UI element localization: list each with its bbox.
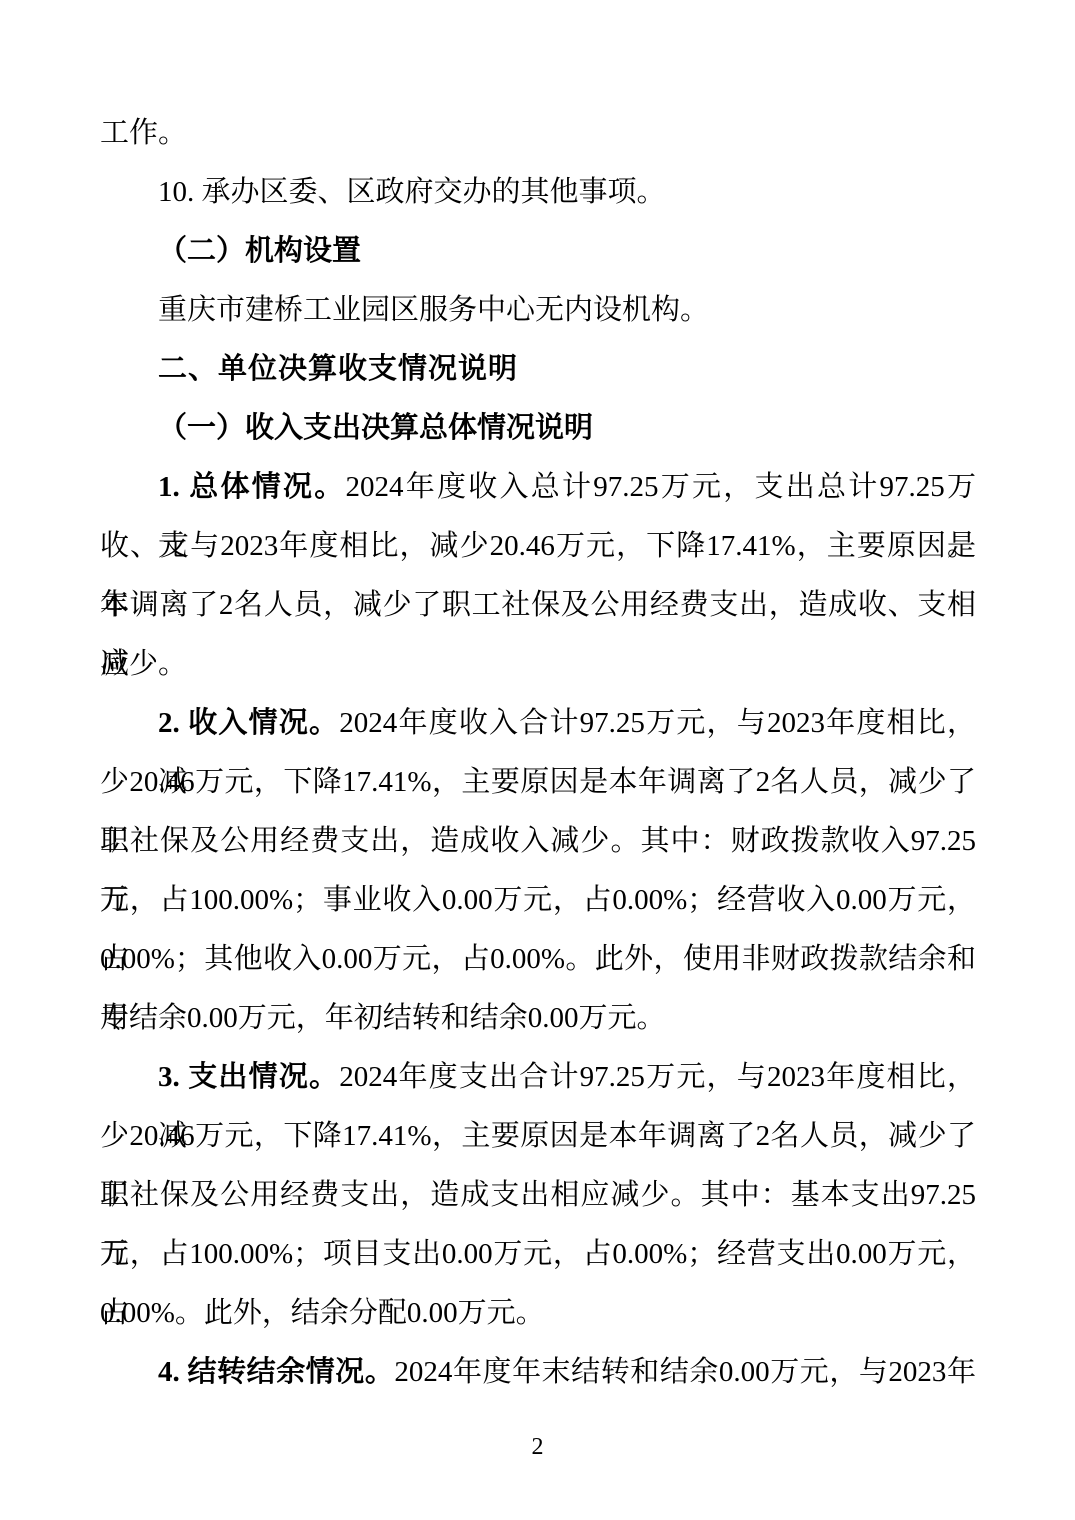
page-number: 2 [0, 1432, 1075, 1462]
document-page: 工作。10. 承办区委、区政府交办的其他事项。（二）机构设置重庆市建桥工业园区服… [0, 0, 1075, 1520]
text-line: 1. 总体情况。2024年度收入总计97.25万元，支出总计97.25万元。 [100, 458, 976, 517]
text-line: 0.00%；其他收入0.00万元，占0.00%。此外，使用非财政拨款结余和专 [100, 930, 976, 989]
text-line: 用结余0.00万元，年初结转和结余0.00万元。 [100, 989, 976, 1048]
text-segment: 减少。 [100, 648, 187, 680]
text-line: 0.00%。此外，结余分配0.00万元。 [100, 1284, 976, 1343]
text-segment: 用结余0.00万元，年初结转和结余0.00万元。 [100, 1002, 666, 1034]
text-segment-bold: 1. 总体情况。 [158, 471, 346, 503]
text-segment-bold: 2. 收入情况。 [158, 707, 339, 739]
text-line: （一）收入支出决算总体情况说明 [100, 399, 976, 458]
text-line: 少20.46万元，下降17.41%，主要原因是本年调离了2名人员，减少了职 [100, 753, 976, 812]
text-segment: 2024年度年末结转和结余0.00万元，与2023年 [394, 1356, 976, 1388]
text-line: 元，占100.00%；事业收入0.00万元，占0.00%；经营收入0.00万元，… [100, 871, 976, 930]
text-segment-bold: 3. 支出情况。 [158, 1061, 339, 1093]
text-line: 工社保及公用经费支出，造成收入减少。其中：财政拨款收入97.25万 [100, 812, 976, 871]
text-segment-bold: （一）收入支出决算总体情况说明 [158, 412, 593, 444]
text-line: 少20.46万元，下降17.41%，主要原因是本年调离了2名人员，减少了职 [100, 1107, 976, 1166]
text-line: 重庆市建桥工业园区服务中心无内设机构。 [100, 281, 976, 340]
text-segment-bold: 二、单位决算收支情况说明 [158, 353, 518, 385]
text-line: 2. 收入情况。2024年度收入合计97.25万元，与2023年度相比，减 [100, 694, 976, 753]
text-line: 年调离了2名人员，减少了职工社保及公用经费支出，造成收、支相应 [100, 576, 976, 635]
text-segment-bold: （二）机构设置 [158, 235, 361, 267]
text-line: 收、支与2023年度相比，减少20.46万元，下降17.41%，主要原因是本 [100, 517, 976, 576]
text-line: 二、单位决算收支情况说明 [100, 340, 976, 399]
text-segment: 10. 承办区委、区政府交办的其他事项。 [158, 176, 666, 208]
text-segment: 重庆市建桥工业园区服务中心无内设机构。 [158, 294, 709, 326]
text-line: 4. 结转结余情况。2024年度年末结转和结余0.00万元，与2023年 [100, 1343, 976, 1402]
text-line: 3. 支出情况。2024年度支出合计97.25万元，与2023年度相比，减 [100, 1048, 976, 1107]
text-line: （二）机构设置 [100, 222, 976, 281]
text-line: 工社保及公用经费支出，造成支出相应减少。其中：基本支出97.25万 [100, 1166, 976, 1225]
text-segment: 0.00%。此外，结余分配0.00万元。 [100, 1297, 545, 1329]
text-line: 10. 承办区委、区政府交办的其他事项。 [100, 163, 976, 222]
text-segment-bold: 4. 结转结余情况。 [158, 1356, 394, 1388]
text-segment: 工作。 [100, 117, 187, 149]
document-body: 工作。10. 承办区委、区政府交办的其他事项。（二）机构设置重庆市建桥工业园区服… [100, 104, 976, 1402]
text-line: 减少。 [100, 635, 976, 694]
text-line: 工作。 [100, 104, 976, 163]
text-line: 元，占100.00%；项目支出0.00万元，占0.00%；经营支出0.00万元，… [100, 1225, 976, 1284]
